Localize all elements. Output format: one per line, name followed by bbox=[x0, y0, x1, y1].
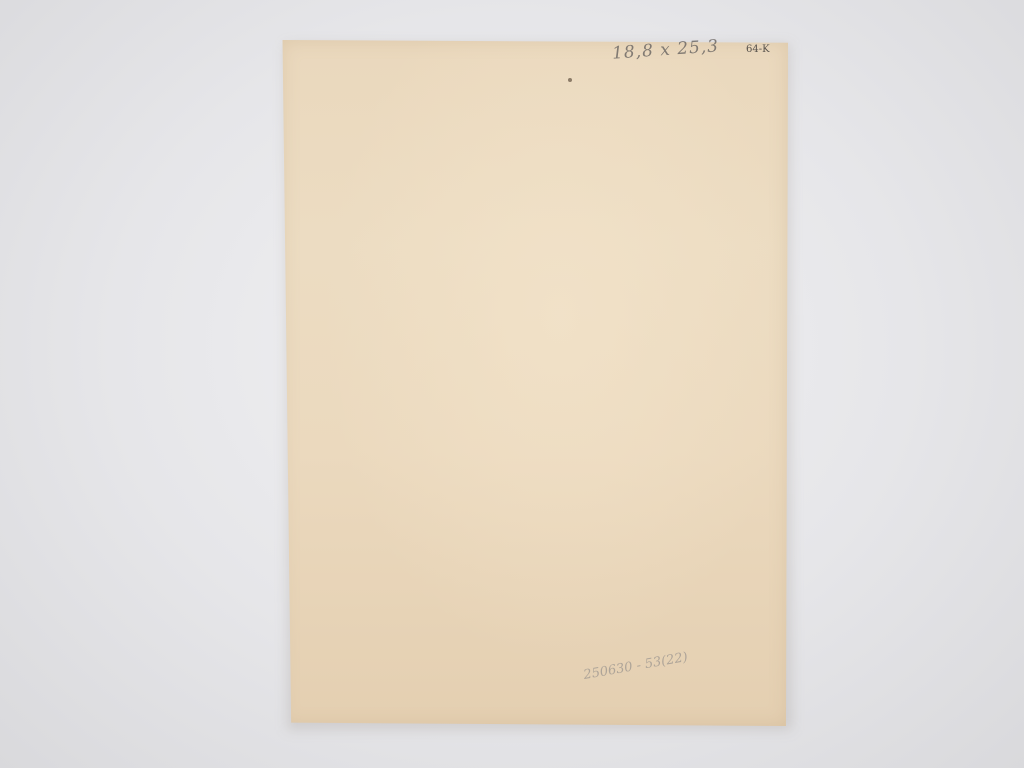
paper-sheet bbox=[281, 40, 788, 726]
handwritten-code: 64-K bbox=[746, 44, 770, 55]
paper-speck bbox=[568, 78, 572, 82]
